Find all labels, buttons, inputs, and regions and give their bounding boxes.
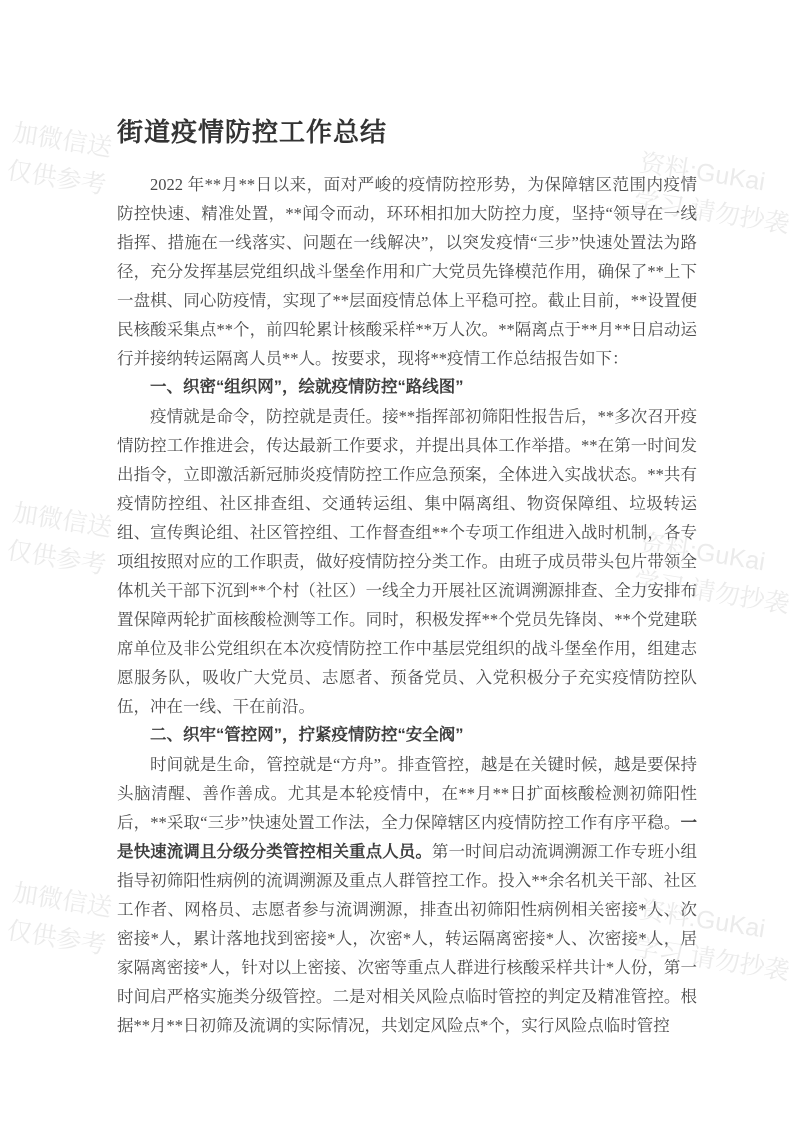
text-run: 2022 年**月**日以来，面对严峻的疫情防控形势，为保障辖区范围内疫情防控快… [117, 175, 697, 368]
section-heading: 一、织密“组织网”，绘就疫情防控“路线图” [117, 373, 697, 402]
document-blocks: 2022 年**月**日以来，面对严峻的疫情防控形势，为保障辖区范围内疫情防控快… [117, 170, 697, 1040]
body-paragraph: 时间就是生命，管控就是“方舟”。排查管控，越是在关键时候，越是要保持头脑清醒、善… [117, 750, 697, 1040]
document-content: 街道疫情防控工作总结 2022 年**月**日以来，面对严峻的疫情防控形势，为保… [0, 0, 793, 1040]
body-paragraph: 疫情就是命令，防控就是责任。接**指挥部初筛阳性报告后，**多次召开疫情防控工作… [117, 402, 697, 721]
document-title: 街道疫情防控工作总结 [117, 115, 697, 149]
text-run: 第一时间启动流调溯源工作专班小组指导初筛阳性病例的流调溯源及重点人群管控工作。投… [117, 842, 697, 1035]
text-run: 疫情就是命令，防控就是责任。接**指挥部初筛阳性报告后，**多次召开疫情防控工作… [117, 407, 697, 716]
document-page: 加微信送 仅供参考 资料:GuKai 学习 请勿抄袭 加微信送 仅供参考 资料:… [0, 0, 793, 1122]
text-run: 一、织密“组织网”，绘就疫情防控“路线图” [150, 378, 464, 396]
section-heading: 二、织牢“管控网”，拧紧疫情防控“安全阀” [117, 721, 697, 750]
text-run: 二、织牢“管控网”，拧紧疫情防控“安全阀” [150, 726, 464, 744]
body-paragraph: 2022 年**月**日以来，面对严峻的疫情防控形势，为保障辖区范围内疫情防控快… [117, 170, 697, 373]
text-run: 时间就是生命，管控就是“方舟”。排查管控，越是在关键时候，越是要保持头脑清醒、善… [117, 755, 697, 832]
